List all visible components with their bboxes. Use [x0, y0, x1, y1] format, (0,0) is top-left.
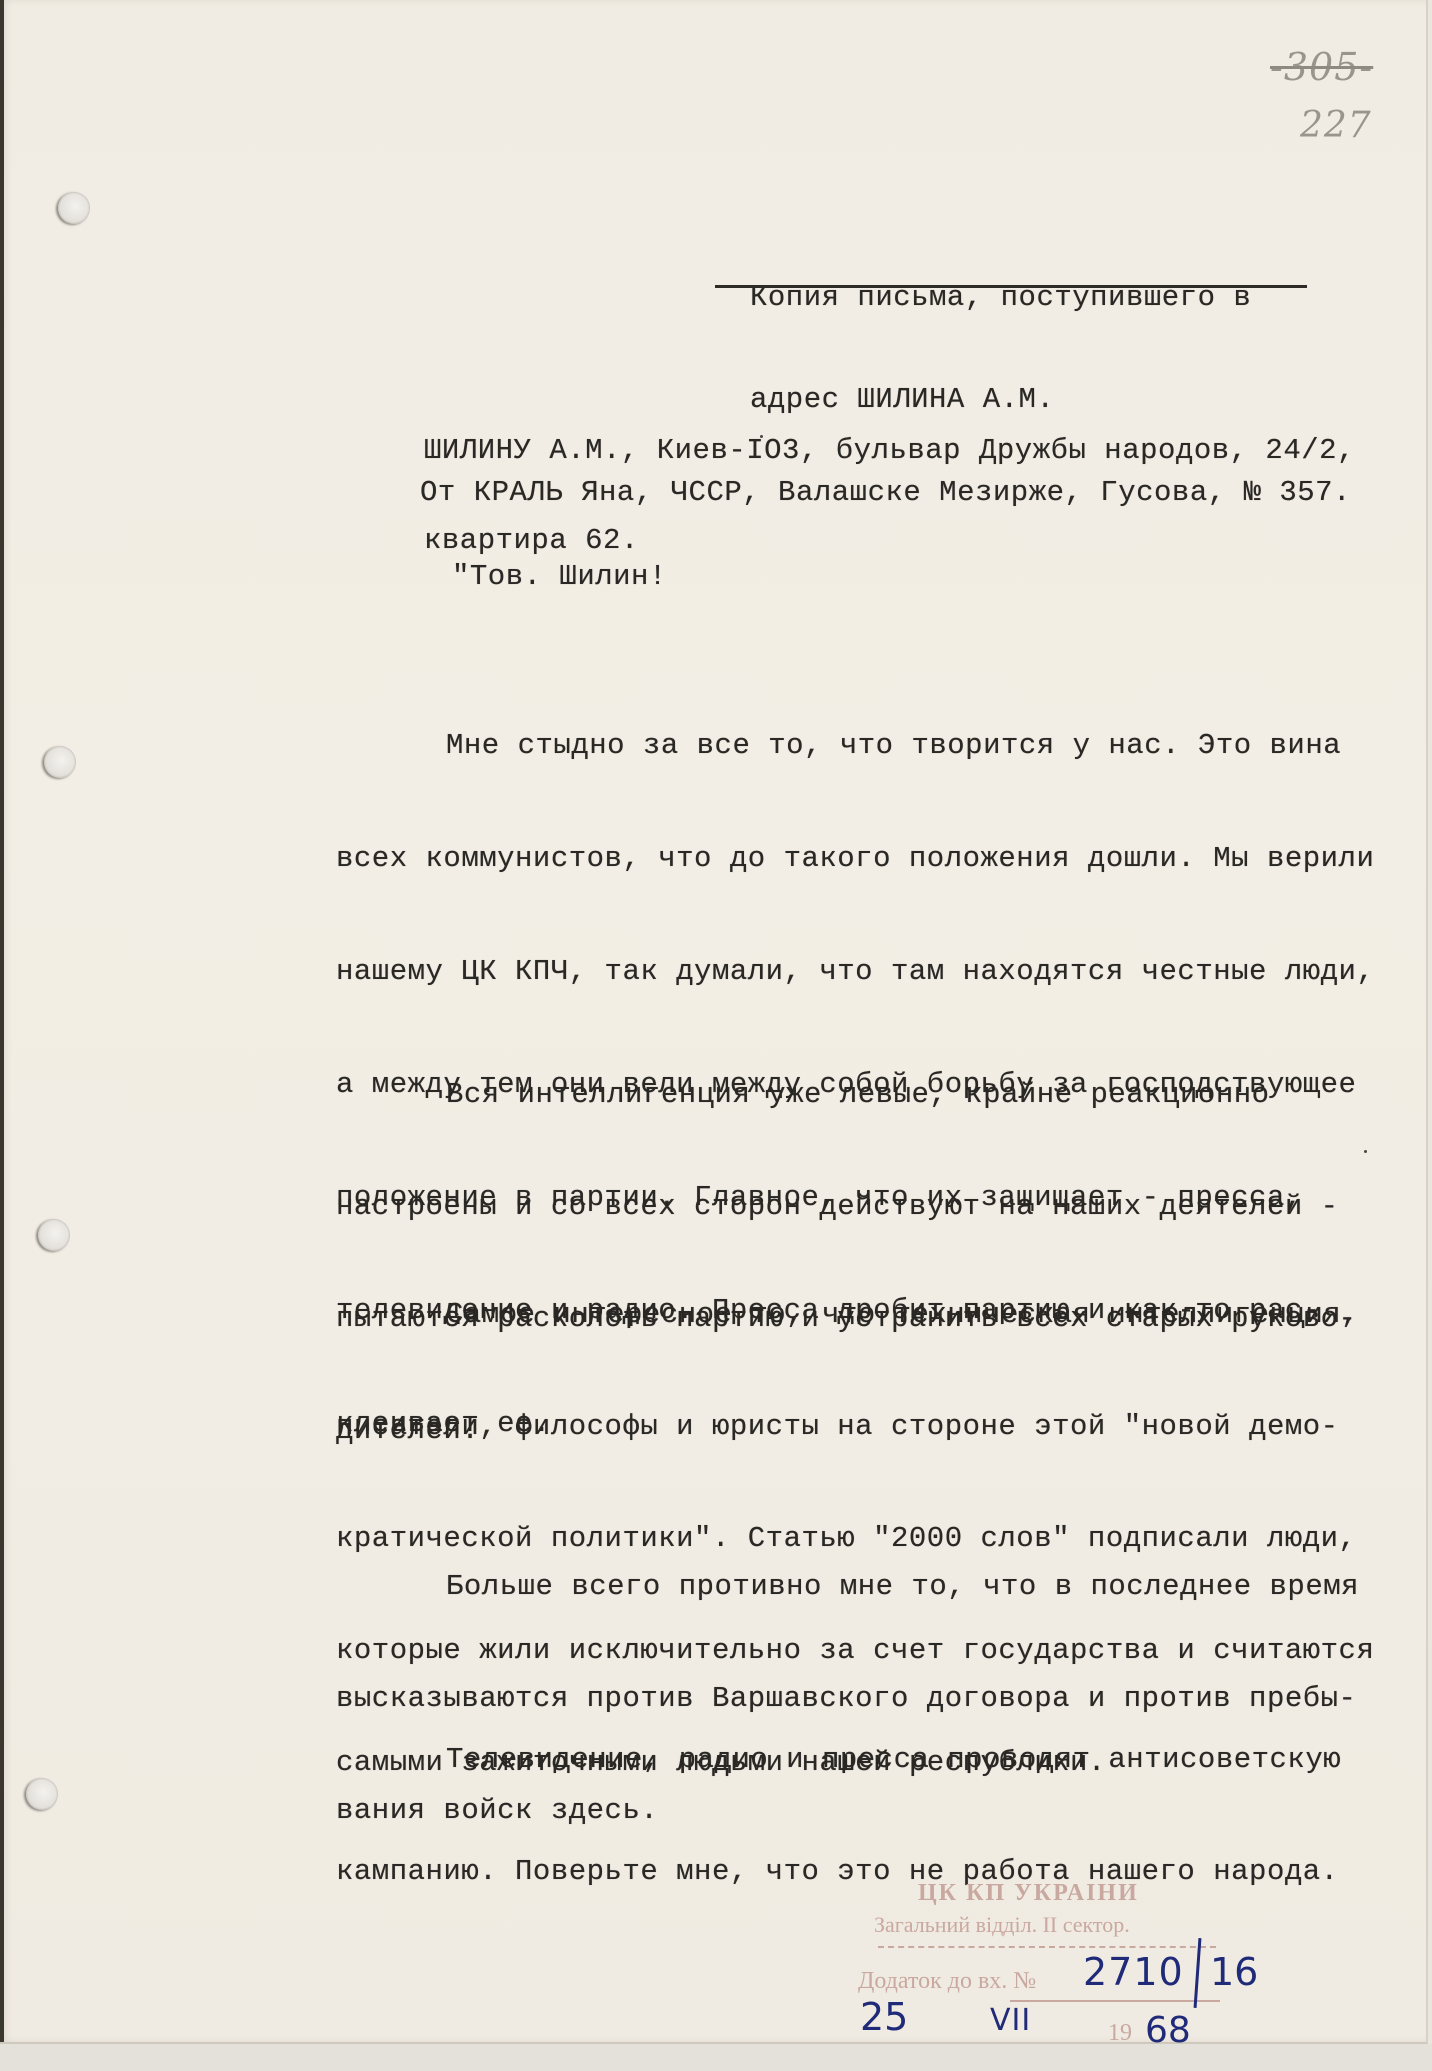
paragraph-line: всех коммунистов, что до такого положени… — [336, 836, 1374, 881]
stamp-organization: ЦК КП УКРАIНИ — [918, 1880, 1139, 1907]
paper-speck — [1364, 1150, 1367, 1153]
paragraph-line: писатели, философы и юристы на стороне э… — [336, 1405, 1374, 1449]
stamp-incoming-label: Додаток до вх. № — [858, 1968, 1036, 1995]
paragraph-line: Самое интересное то, что техническая инт… — [336, 1293, 1374, 1337]
paragraph-line: Мне стыдно за все то, что творится у нас… — [336, 723, 1374, 768]
document-page: -305- 227 Копия письма, поступившего в а… — [0, 0, 1428, 2044]
binder-hole — [44, 746, 76, 778]
binder-hole — [26, 1778, 58, 1810]
addressee-line: ШИЛИНУ А.М., Киев-IO3, бульвар Дружбы на… — [424, 436, 1355, 466]
paragraph-line: нашему ЦК КПЧ, так думали, что там наход… — [336, 949, 1374, 994]
addressee-line: квартира 62. — [424, 526, 1355, 556]
letter-paragraph: Телевидение, радио и пресса проводят ант… — [336, 1670, 1341, 1962]
handwritten-registration-suffix: 16 — [1210, 1950, 1258, 1994]
binder-hole — [38, 1219, 70, 1251]
stamp-year-prefix: 19 — [1108, 2020, 1132, 2047]
paragraph-line: настроены и со всех сторон действуют на … — [336, 1185, 1356, 1229]
handwritten-day: 25 — [860, 1995, 908, 2039]
paragraph-line: Вся интеллигенция уже левые, крайне реак… — [336, 1073, 1356, 1117]
binder-hole — [58, 192, 90, 224]
sender-line: От КРАЛЬ Яна, ЧССР, Валашске Мезирже, Гу… — [420, 476, 1351, 510]
paragraph-line: кампанию. Поверьте мне, что это не работ… — [336, 1850, 1341, 1894]
paragraph-line: Телевидение, радио и пресса проводят ант… — [336, 1738, 1341, 1782]
header-underline — [715, 285, 1307, 288]
scan-background — [0, 2044, 1432, 2071]
page-binding-edge — [0, 0, 4, 2042]
paper-speck — [760, 435, 763, 438]
handwritten-registration-number: 2710 — [1083, 1950, 1184, 1994]
stamp-department: Загальний вiддiл. II сектор. — [874, 1912, 1130, 1938]
paragraph-line: Больше всего противно мне то, что в посл… — [336, 1565, 1359, 1609]
stamp-number-line — [1010, 2000, 1220, 2003]
salutation: "Тов. Шилин! — [452, 560, 667, 594]
stamp-divider — [878, 1946, 1216, 1949]
handwritten-month: VII — [990, 2003, 1031, 2038]
archive-page-number: 227 — [1300, 105, 1372, 146]
archive-page-number-crossed: -305- — [1270, 45, 1373, 89]
